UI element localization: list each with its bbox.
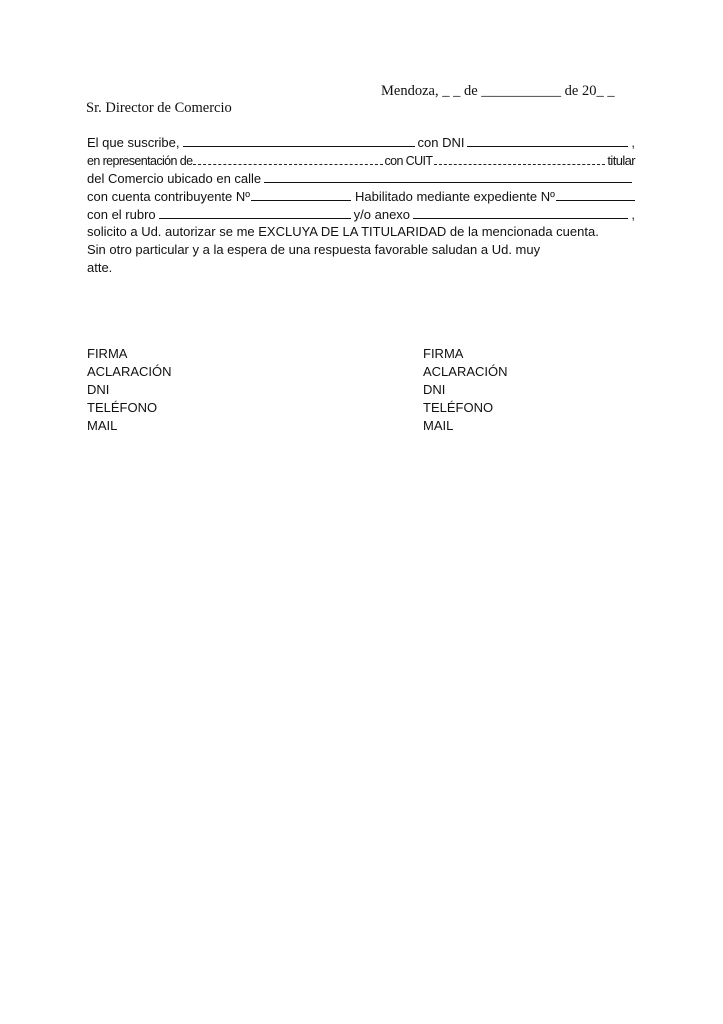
street-field[interactable] (264, 170, 632, 183)
line5-mid: y/o anexo (354, 207, 410, 222)
line1-mid: con DNI (418, 135, 465, 150)
line2-prefix: en representación de (87, 154, 192, 168)
signature-label: FIRMA (87, 345, 172, 363)
line5-suffix: , (631, 207, 635, 222)
dni-field[interactable] (467, 134, 628, 147)
line2-mid: con CUIT (384, 154, 432, 168)
signature-label: FIRMA (423, 345, 508, 363)
body-line-4: con cuenta contribuyente Nº Habilitado m… (87, 188, 635, 206)
body-line-6: solicito a Ud. autorizar se me EXCLUYA D… (87, 224, 635, 242)
clarification-label: ACLARACIÓN (87, 363, 172, 381)
date-line: Mendoza, _ _ de ___________ de 20_ _ (381, 83, 615, 100)
anexo-field[interactable] (413, 206, 628, 219)
closing-text-end: atte. (87, 260, 112, 275)
dni-label: DNI (423, 381, 508, 399)
representation-field[interactable] (193, 152, 383, 165)
taxpayer-account-field[interactable] (251, 188, 351, 201)
expediente-field[interactable] (556, 188, 635, 201)
rubro-field[interactable] (159, 206, 351, 219)
name-field[interactable] (183, 134, 415, 147)
request-text: solicito a Ud. autorizar se me EXCLUYA D… (87, 224, 599, 239)
line1-suffix: , (631, 135, 635, 150)
mail-label: MAIL (87, 417, 172, 435)
phone-label: TELÉFONO (423, 399, 508, 417)
body-line-5: con el rubro y/o anexo , (87, 206, 635, 224)
signature-block-right: FIRMA ACLARACIÓN DNI TELÉFONO MAIL (423, 345, 508, 435)
line5-prefix: con el rubro (87, 207, 156, 222)
signature-block-left: FIRMA ACLARACIÓN DNI TELÉFONO MAIL (87, 345, 172, 435)
recipient-line: Sr. Director de Comercio (86, 100, 232, 117)
line4-mid: Habilitado mediante expediente Nº (355, 189, 555, 204)
cuit-field[interactable] (434, 152, 605, 165)
body-line-1: El que suscribe, con DNI , (87, 134, 635, 152)
mail-label: MAIL (423, 417, 508, 435)
body-line-3: del Comercio ubicado en calle (87, 170, 635, 188)
line1-prefix: El que suscribe, (87, 135, 180, 150)
body-line-7: Sin otro particular y a la espera de una… (87, 242, 635, 260)
body-line-8: atte. (87, 260, 635, 278)
line2-suffix: titular (607, 153, 635, 168)
line4-prefix: con cuenta contribuyente Nº (87, 189, 250, 204)
phone-label: TELÉFONO (87, 399, 172, 417)
closing-text: Sin otro particular y a la espera de una… (87, 242, 540, 257)
body-line-2: en representación de con CUIT titular (87, 152, 635, 170)
dni-label: DNI (87, 381, 172, 399)
line3-prefix: del Comercio ubicado en calle (87, 171, 261, 186)
clarification-label: ACLARACIÓN (423, 363, 508, 381)
